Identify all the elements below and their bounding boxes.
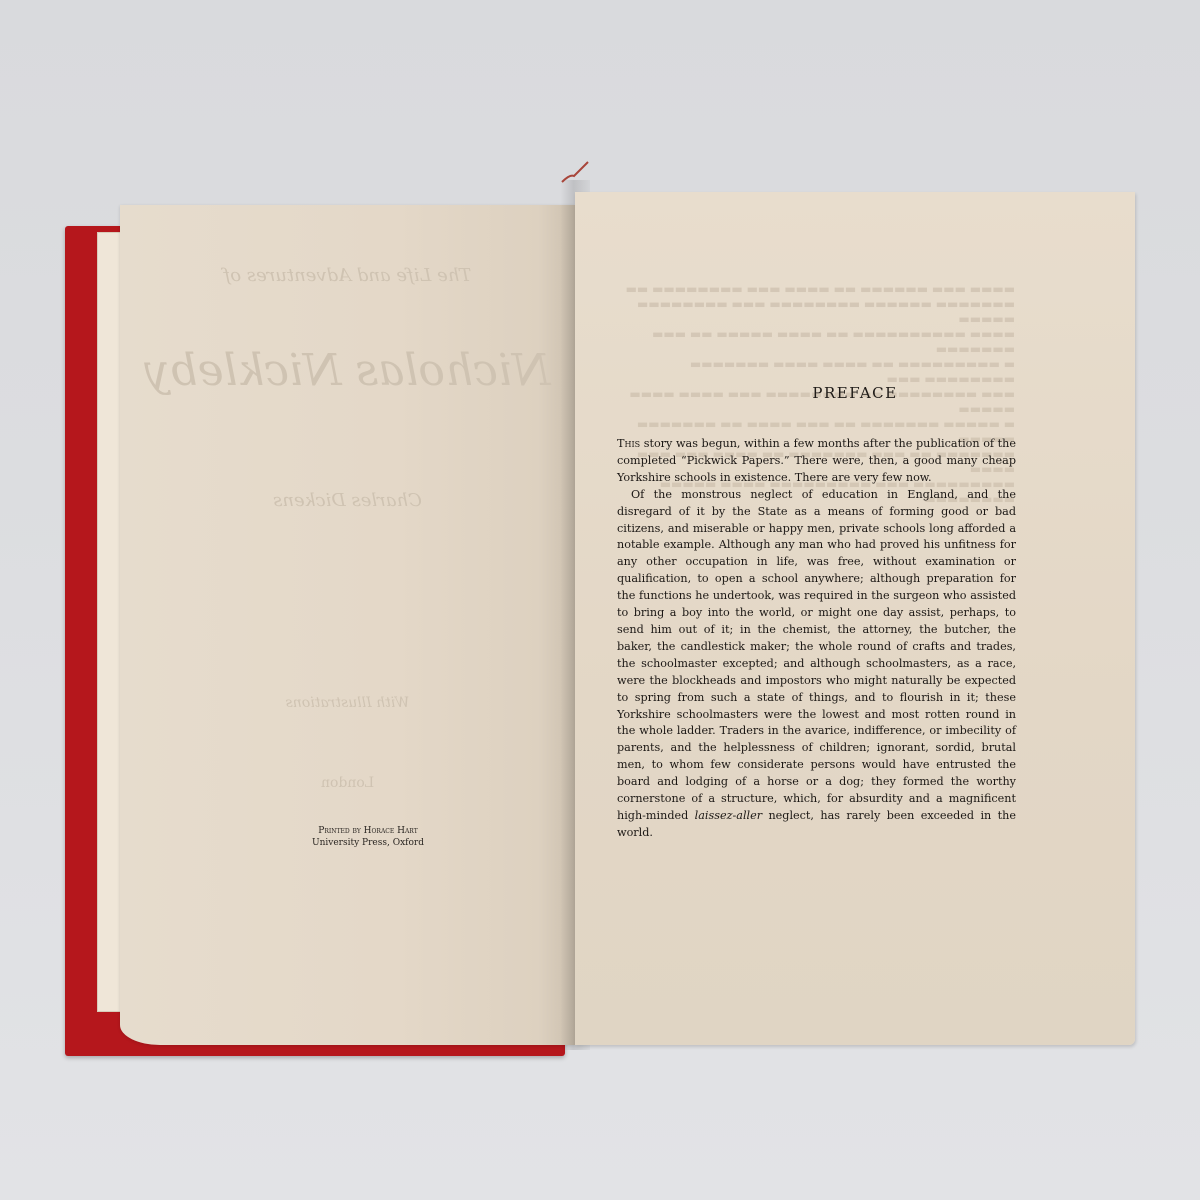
showthrough-publisher: London: [120, 775, 575, 791]
drop-lead-word: This: [617, 437, 640, 450]
paragraph-1: This story was begun, within a few month…: [617, 436, 1016, 487]
showthrough-illustrations: With Illustrations: [120, 695, 575, 711]
right-page[interactable]: ▬▬▬▬ ▬▬▬ ▬▬▬▬▬▬ ▬▬ ▬▬▬▬ ▬▬▬ ▬▬▬▬▬▬▬▬ ▬▬ …: [575, 192, 1135, 1045]
preface-body: This story was begun, within a few month…: [617, 436, 1016, 842]
showthrough-title-main: Nicholas Nickleby: [120, 345, 575, 396]
left-page-leaf[interactable]: The Life and Adventures of Nicholas Nick…: [120, 205, 575, 1045]
frayed-thread-icon: [560, 160, 590, 184]
paragraph-2: Of the monstrous neglect of education in…: [617, 487, 1016, 842]
printer-imprint: Printed by Horace Hart University Press,…: [268, 825, 468, 849]
page-heading: PREFACE: [575, 384, 1135, 402]
italic-phrase: laissez-aller: [695, 809, 762, 822]
showthrough-title-line: The Life and Adventures of: [120, 265, 575, 286]
printer-line-1: Printed by Horace Hart: [268, 825, 468, 837]
paragraph-2-text: Of the monstrous neglect of education in…: [617, 488, 1016, 822]
printer-line-2: University Press, Oxford: [268, 837, 468, 849]
paragraph-1-text: story was begun, within a few months aft…: [617, 437, 1016, 484]
showthrough-author: Charles Dickens: [120, 490, 575, 511]
